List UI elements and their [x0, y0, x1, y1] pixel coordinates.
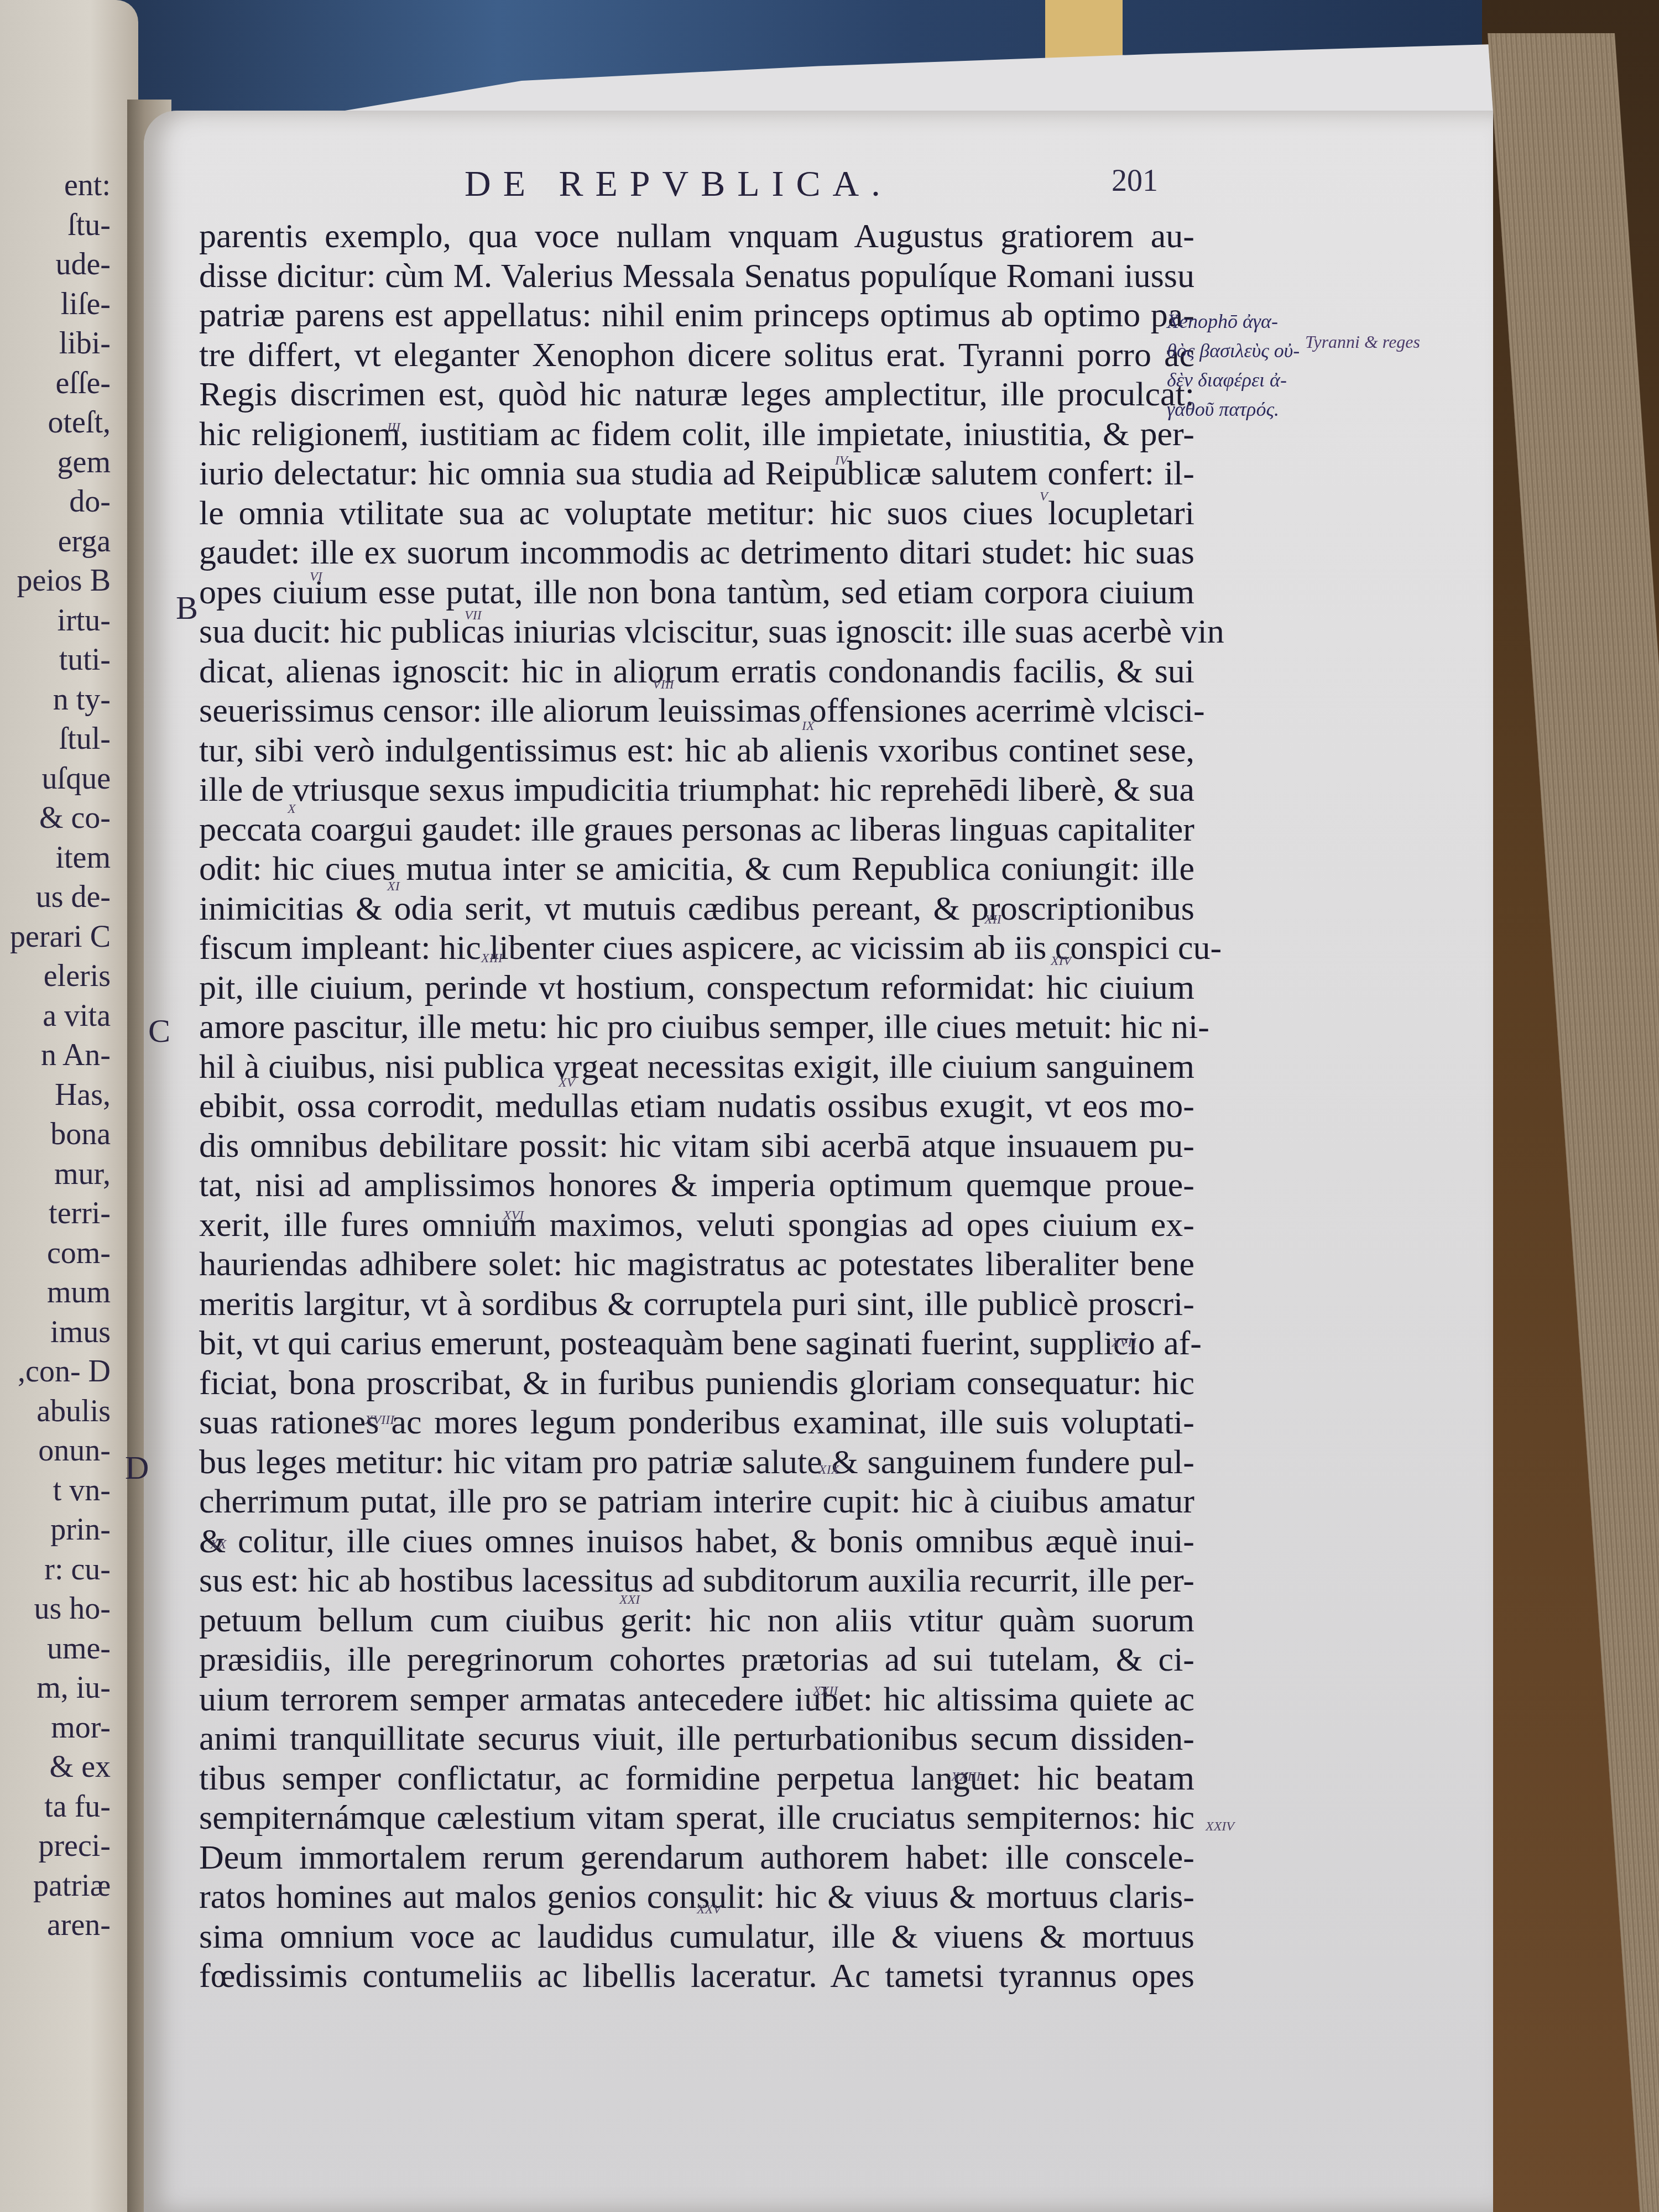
left-page-fragment: aren- [0, 1906, 111, 1945]
text-line: inimicitias & odia serit, vt mutuis cædi… [199, 889, 1194, 929]
left-page-fragment: oteſt, [0, 403, 111, 443]
text-line: bit, vt qui carius emerunt, posteaquàm b… [199, 1324, 1194, 1364]
running-head: DE REPVBLICA. [465, 163, 893, 205]
left-page-fragment: do- [0, 482, 111, 522]
handwritten-numeral: VIII [653, 677, 674, 692]
handwritten-numeral: XI [387, 879, 400, 894]
left-page-fragment: ude- [0, 245, 111, 285]
handwritten-numeral: XXV [697, 1902, 721, 1917]
left-page-fragment: m, iu- [0, 1668, 111, 1708]
text-line: petuum bellum cum ciuibus gerit: hic non… [199, 1601, 1194, 1641]
text-line: tibus semper conflictatur, ac formidine … [199, 1759, 1194, 1799]
text-line: hic religionem, iustitiam ac fidem colit… [199, 415, 1194, 455]
handwritten-numeral: XXIV [1206, 1819, 1234, 1834]
left-page-fragment: ent: [0, 166, 111, 206]
left-page-fragment: item [0, 838, 111, 878]
text-line: sus est: hic ab hostibus lacessitus ad s… [199, 1561, 1194, 1601]
text-line: disse dicitur: cùm M. Valerius Messala S… [199, 257, 1194, 296]
greek-line: γαθοῦ πατρός. [1167, 395, 1349, 424]
left-page-fragment: & ex [0, 1747, 111, 1787]
text-line: hil à ciuibus, nisi publica vrgeat neces… [199, 1047, 1194, 1087]
text-line: meritis largitur, vt à sordibus & corrup… [199, 1285, 1194, 1324]
left-page-fragment: onun- [0, 1431, 111, 1471]
text-line: fiscum impleant: hic libenter ciues aspi… [199, 928, 1194, 968]
left-page-fragment: ume- [0, 1629, 111, 1669]
left-page-text-fragments: ent:ſtu-ude-liſe-libi-eſſe-oteſt,gemdo-e… [0, 166, 111, 1945]
left-page-fragment: erga [0, 522, 111, 562]
left-page-fragment: us de- [0, 878, 111, 917]
left-page-fragment: mor- [0, 1708, 111, 1748]
text-line: tat, nisi ad amplissimos honores & imper… [199, 1166, 1194, 1206]
text-line: Regis discrimen est, quòd hic naturæ leg… [199, 375, 1194, 415]
left-page-fragment: terri- [0, 1194, 111, 1234]
text-line: ebibit, ossa corrodit, medullas etiam nu… [199, 1087, 1194, 1126]
left-page-fragment: ta fu- [0, 1787, 111, 1827]
text-line: bus leges metitur: hic vitam pro patriæ … [199, 1443, 1194, 1483]
text-line: tur, sibi verò indulgentissimus est: hic… [199, 731, 1194, 771]
left-page-verso: ent:ſtu-ude-liſe-libi-eſſe-oteſt,gemdo-e… [0, 0, 138, 2212]
text-line: suas rationes ac mores legum ponderibus … [199, 1403, 1194, 1443]
text-line: tre differt, vt eleganter Xenophon dicer… [199, 336, 1194, 375]
left-page-fragment: preci- [0, 1827, 111, 1866]
left-page-fragment: ſtu- [0, 206, 111, 246]
text-line: parentis exemplo, qua voce nullam vnquam… [199, 217, 1194, 257]
text-line: pit, ille ciuium, perinde vt hostium, co… [199, 968, 1194, 1008]
left-page-fragment: uſque [0, 759, 111, 799]
text-line: cherrimum putat, ille pro se patriam int… [199, 1482, 1194, 1522]
handwritten-numeral: XIV [1051, 954, 1071, 969]
left-page-fragment: peios B [0, 561, 111, 601]
section-marker-d: D [125, 1449, 149, 1487]
text-line: præsidiis, ille peregrinorum cohortes pr… [199, 1640, 1194, 1680]
left-page-fragment: ,con- D [0, 1352, 111, 1392]
text-line: odit: hic ciues mutua inter se amicitia,… [199, 849, 1194, 889]
handwritten-numeral: XX [210, 1537, 226, 1552]
text-line: ficiat, bona proscribat, & in furibus pu… [199, 1364, 1194, 1404]
left-page-fragment: irtu- [0, 601, 111, 641]
handwritten-numeral: XVIII [365, 1413, 394, 1428]
left-page-fragment: patriæ [0, 1866, 111, 1906]
left-page-fragment: tuti- [0, 640, 111, 680]
left-page-fragment: n ty- [0, 680, 111, 720]
left-page-fragment: mum [0, 1273, 111, 1313]
section-marker-b: B [176, 589, 198, 627]
printed-margin-note-greek: Xenophō ἀγα- θὸς βασιλεὺς οὐ- δὲν διαφέρ… [1167, 307, 1349, 424]
text-line: xerit, ille fures omnium maximos, veluti… [199, 1206, 1194, 1245]
text-line: animi tranquillitate securus viuit, ille… [199, 1719, 1194, 1759]
text-line: & colitur, ille ciues omnes inuisos habe… [199, 1522, 1194, 1562]
handwritten-numeral: XXI [619, 1593, 640, 1608]
left-page-fragment: eleris [0, 957, 111, 997]
text-line: dicat, alienas ignoscit: hic in aliorum … [199, 652, 1194, 692]
handwritten-numeral: XV [559, 1076, 575, 1091]
text-line: peccata coargui gaudet: ille graues pers… [199, 810, 1194, 850]
left-page-fragment: n An- [0, 1036, 111, 1076]
left-page-fragment: com- [0, 1234, 111, 1274]
greek-line: δὲν διαφέρει ἀ- [1167, 366, 1349, 395]
left-page-fragment: gem [0, 443, 111, 483]
text-line: patriæ parens est appellatus: nihil enim… [199, 296, 1194, 336]
left-page-fragment: us ho- [0, 1589, 111, 1629]
handwritten-numeral: XIII [481, 951, 503, 966]
handwritten-margin-note: Tyranni & reges [1305, 332, 1482, 352]
left-page-fragment: r: cu- [0, 1550, 111, 1590]
handwritten-numeral: XII [984, 912, 1001, 927]
handwritten-numeral: X [288, 802, 296, 817]
text-line: hauriendas adhibere solet: hic magistrat… [199, 1245, 1194, 1285]
left-page-fragment: liſe- [0, 285, 111, 325]
text-line: fœdissimis contumeliis ac libellis lacer… [199, 1957, 1194, 1996]
handwritten-numeral: XVI [503, 1208, 524, 1223]
left-page-fragment: prin- [0, 1510, 111, 1550]
text-line: sempiternámque cælestium vitam sperat, i… [199, 1798, 1194, 1838]
section-marker-c: C [148, 1012, 170, 1050]
left-page-fragment: & co- [0, 799, 111, 838]
left-page-fragment: Has, [0, 1076, 111, 1115]
text-line: opes ciuium esse putat, ille non bona ta… [199, 573, 1194, 613]
text-line: ille de vtriusque sexus impudicitia triu… [199, 770, 1194, 810]
left-page-fragment: mur, [0, 1155, 111, 1194]
left-page-fragment: imus [0, 1313, 111, 1353]
left-page-fragment: eſſe- [0, 364, 111, 404]
text-line: sima omnium voce ac laudidus cumulatur, … [199, 1917, 1194, 1957]
left-page-fragment: perari C [0, 917, 111, 957]
left-page-fragment: abulis [0, 1392, 111, 1432]
handwritten-numeral: VII [465, 608, 482, 623]
left-page-fragment: libi- [0, 324, 111, 364]
left-page-fragment: ſtul- [0, 719, 111, 759]
handwritten-numeral: XIX [818, 1463, 839, 1478]
handwritten-numeral: VI [310, 570, 322, 585]
text-line: sua ducit: hic publicas iniurias vlcisci… [199, 612, 1194, 652]
text-line: iurio delectatur: hic omnia sua studia a… [199, 454, 1194, 494]
text-line: dis omnibus debilitare possit: hic vitam… [199, 1126, 1194, 1166]
handwritten-numeral: IV [835, 453, 848, 468]
handwritten-numeral: IX [802, 719, 815, 734]
page-number: 201 [1112, 163, 1158, 199]
handwritten-numeral: XVII [1112, 1335, 1136, 1350]
text-line: gaudet: ille ex suorum incommodis ac det… [199, 533, 1194, 573]
left-page-fragment: bona [0, 1115, 111, 1155]
handwritten-numeral: XXIII [951, 1770, 980, 1785]
handwritten-numeral: XXII [813, 1684, 838, 1699]
text-line: Deum immortalem rerum gerendarum authore… [199, 1838, 1194, 1878]
main-text-block: parentis exemplo, qua voce nullam vnquam… [199, 217, 1194, 1996]
left-page-fragment: t vn- [0, 1471, 111, 1511]
handwritten-numeral: V [1040, 489, 1048, 504]
text-line: uium terrorem semper armatas antecedere … [199, 1680, 1194, 1720]
handwritten-numeral: III [387, 420, 400, 435]
text-line: amore pascitur, ille metu: hic pro ciuib… [199, 1008, 1194, 1047]
left-page-fragment: a vita [0, 997, 111, 1036]
text-line: seuerissimus censor: ille aliorum leuiss… [199, 691, 1194, 731]
